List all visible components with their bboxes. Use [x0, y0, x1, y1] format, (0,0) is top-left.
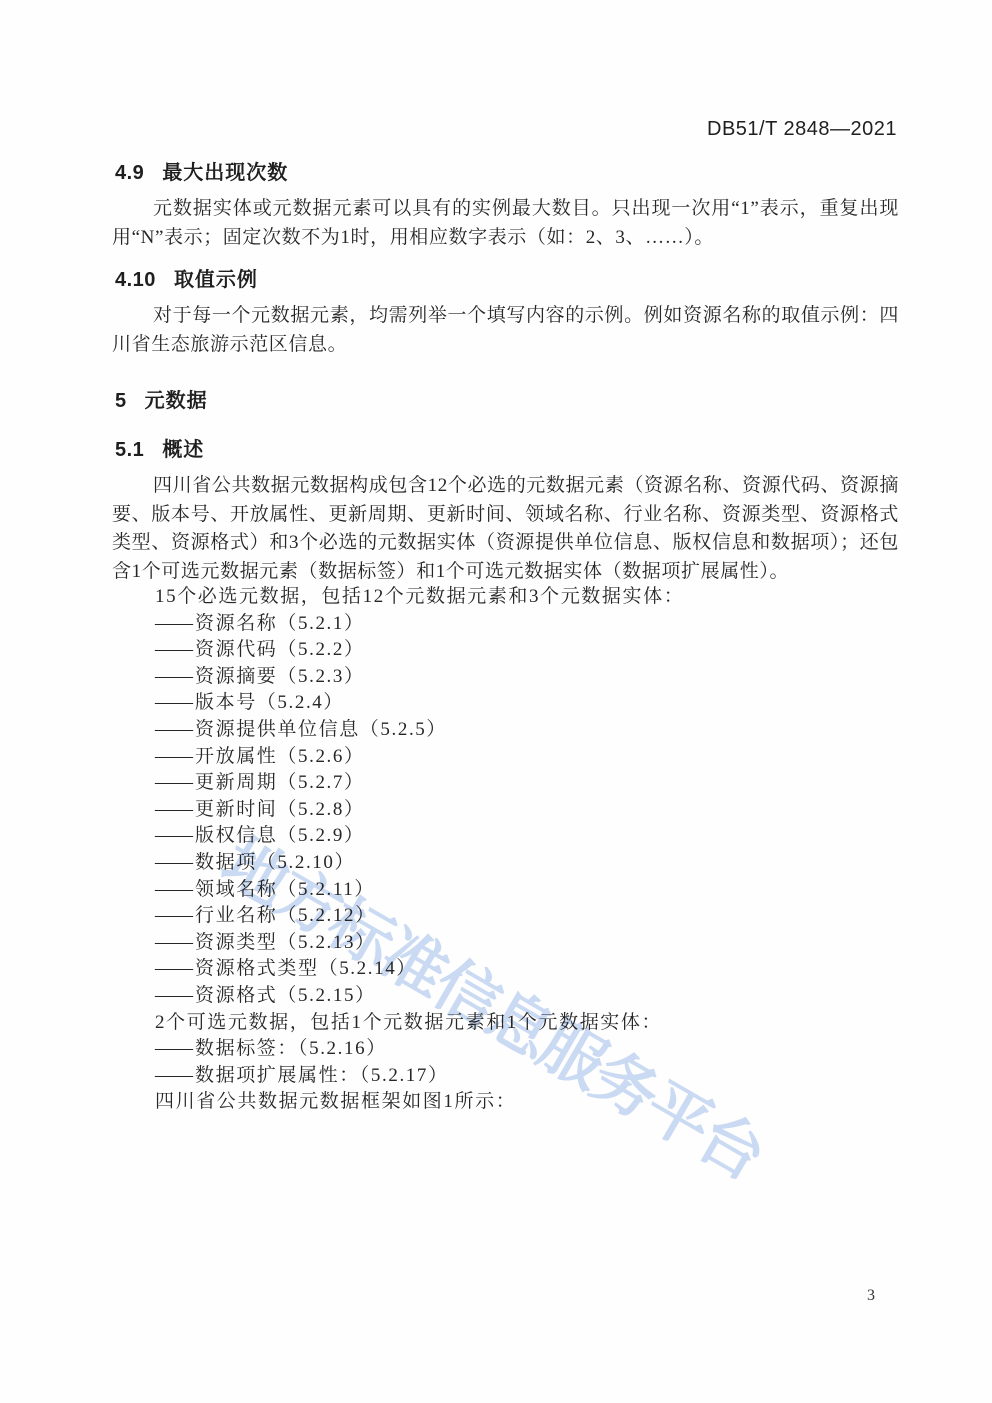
list-item-label: 资源提供单位信息（5.2.5）	[195, 719, 447, 740]
metadata-list: 15个必选元数据，包括12个元数据元素和3个元数据实体： ——资源名称（5.2.…	[155, 584, 925, 1116]
section-title: 取值示例	[174, 269, 258, 291]
list-item-label: 数据项（5.2.10）	[195, 852, 355, 873]
list-item: ——更新周期（5.2.7）	[155, 770, 925, 797]
section-number: 5	[115, 390, 127, 413]
standard-code-header: DB51/T 2848—2021	[707, 118, 897, 141]
list-item: ——资源代码（5.2.2）	[155, 637, 925, 664]
list-item-label: 资源名称（5.2.1）	[195, 613, 365, 634]
list-dash: ——	[155, 639, 193, 660]
list-item: ——资源类型（5.2.13）	[155, 930, 925, 957]
list-dash: ——	[155, 719, 193, 740]
list-item-label: 资源代码（5.2.2）	[195, 639, 365, 660]
section-4-10-paragraph: 对于每一个元数据元素，均需列举一个填写内容的示例。例如资源名称的取值示例：四川省…	[112, 301, 899, 359]
section-title: 最大出现次数	[162, 162, 288, 184]
list-dash: ——	[155, 666, 193, 687]
list-dash: ——	[155, 852, 193, 873]
list-item: ——开放属性（5.2.6）	[155, 744, 925, 771]
section-number: 4.9	[115, 162, 144, 185]
list-dash: ——	[155, 932, 193, 953]
list-item-label: 资源摘要（5.2.3）	[195, 666, 365, 687]
list-item: ——数据项扩展属性：（5.2.17）	[155, 1063, 925, 1090]
closing-line: 四川省公共数据元数据框架如图1所示：	[155, 1089, 925, 1116]
list-item-label: 资源类型（5.2.13）	[195, 932, 376, 953]
page-number: 3	[867, 1287, 875, 1305]
list-dash: ——	[155, 905, 193, 926]
list-dash: ——	[155, 692, 193, 713]
list-item: ——数据标签：（5.2.16）	[155, 1036, 925, 1063]
section-5-1-paragraph: 四川省公共数据元数据构成包含12个必选的元数据元素（资源名称、资源代码、资源摘要…	[112, 472, 899, 586]
list-item: ——行业名称（5.2.12）	[155, 903, 925, 930]
required-list-intro: 15个必选元数据，包括12个元数据元素和3个元数据实体：	[155, 584, 925, 611]
document-page: 地方标准信息服务平台 DB51/T 2848—2021 4.9最大出现次数 元数…	[0, 0, 992, 1403]
list-dash: ——	[155, 613, 193, 634]
section-heading-4-9: 4.9最大出现次数	[115, 156, 288, 185]
list-dash: ——	[155, 1038, 193, 1059]
list-item-label: 行业名称（5.2.12）	[195, 905, 376, 926]
section-number: 4.10	[115, 269, 156, 292]
section-heading-5-1: 5.1概述	[115, 433, 204, 462]
section-4-9-paragraph: 元数据实体或元数据元素可以具有的实例最大数目。只出现一次用“1”表示，重复出现用…	[112, 194, 899, 252]
section-title: 元数据	[145, 390, 208, 412]
list-item-label: 领域名称（5.2.11）	[195, 879, 375, 900]
list-item: ——资源摘要（5.2.3）	[155, 664, 925, 691]
list-dash: ——	[155, 1065, 193, 1086]
section-title: 概述	[162, 439, 204, 461]
list-item: ——领域名称（5.2.11）	[155, 877, 925, 904]
list-item: ——资源提供单位信息（5.2.5）	[155, 717, 925, 744]
list-item: ——更新时间（5.2.8）	[155, 797, 925, 824]
list-dash: ——	[155, 879, 193, 900]
list-item-label: 数据项扩展属性：（5.2.17）	[195, 1065, 449, 1086]
optional-list-intro: 2个可选元数据，包括1个元数据元素和1个元数据实体：	[155, 1010, 925, 1037]
list-dash: ——	[155, 825, 193, 846]
list-item-label: 资源格式（5.2.15）	[195, 985, 376, 1006]
list-item-label: 资源格式类型（5.2.14）	[195, 958, 417, 979]
list-item-label: 更新时间（5.2.8）	[195, 799, 365, 820]
list-item: ——版权信息（5.2.9）	[155, 823, 925, 850]
list-dash: ——	[155, 958, 193, 979]
list-item-label: 版权信息（5.2.9）	[195, 825, 365, 846]
section-number: 5.1	[115, 439, 144, 462]
list-item: ——数据项（5.2.10）	[155, 850, 925, 877]
section-heading-4-10: 4.10取值示例	[115, 263, 258, 292]
list-item: ——资源名称（5.2.1）	[155, 611, 925, 638]
list-dash: ——	[155, 772, 193, 793]
list-dash: ——	[155, 799, 193, 820]
list-item-label: 数据标签：（5.2.16）	[195, 1038, 387, 1059]
list-item-label: 开放属性（5.2.6）	[195, 746, 365, 767]
list-item: ——资源格式（5.2.15）	[155, 983, 925, 1010]
list-dash: ——	[155, 746, 193, 767]
list-item: ——资源格式类型（5.2.14）	[155, 956, 925, 983]
list-item: ——版本号（5.2.4）	[155, 690, 925, 717]
section-heading-5: 5元数据	[115, 384, 208, 413]
list-item-label: 更新周期（5.2.7）	[195, 772, 365, 793]
list-dash: ——	[155, 985, 193, 1006]
list-item-label: 版本号（5.2.4）	[195, 692, 344, 713]
